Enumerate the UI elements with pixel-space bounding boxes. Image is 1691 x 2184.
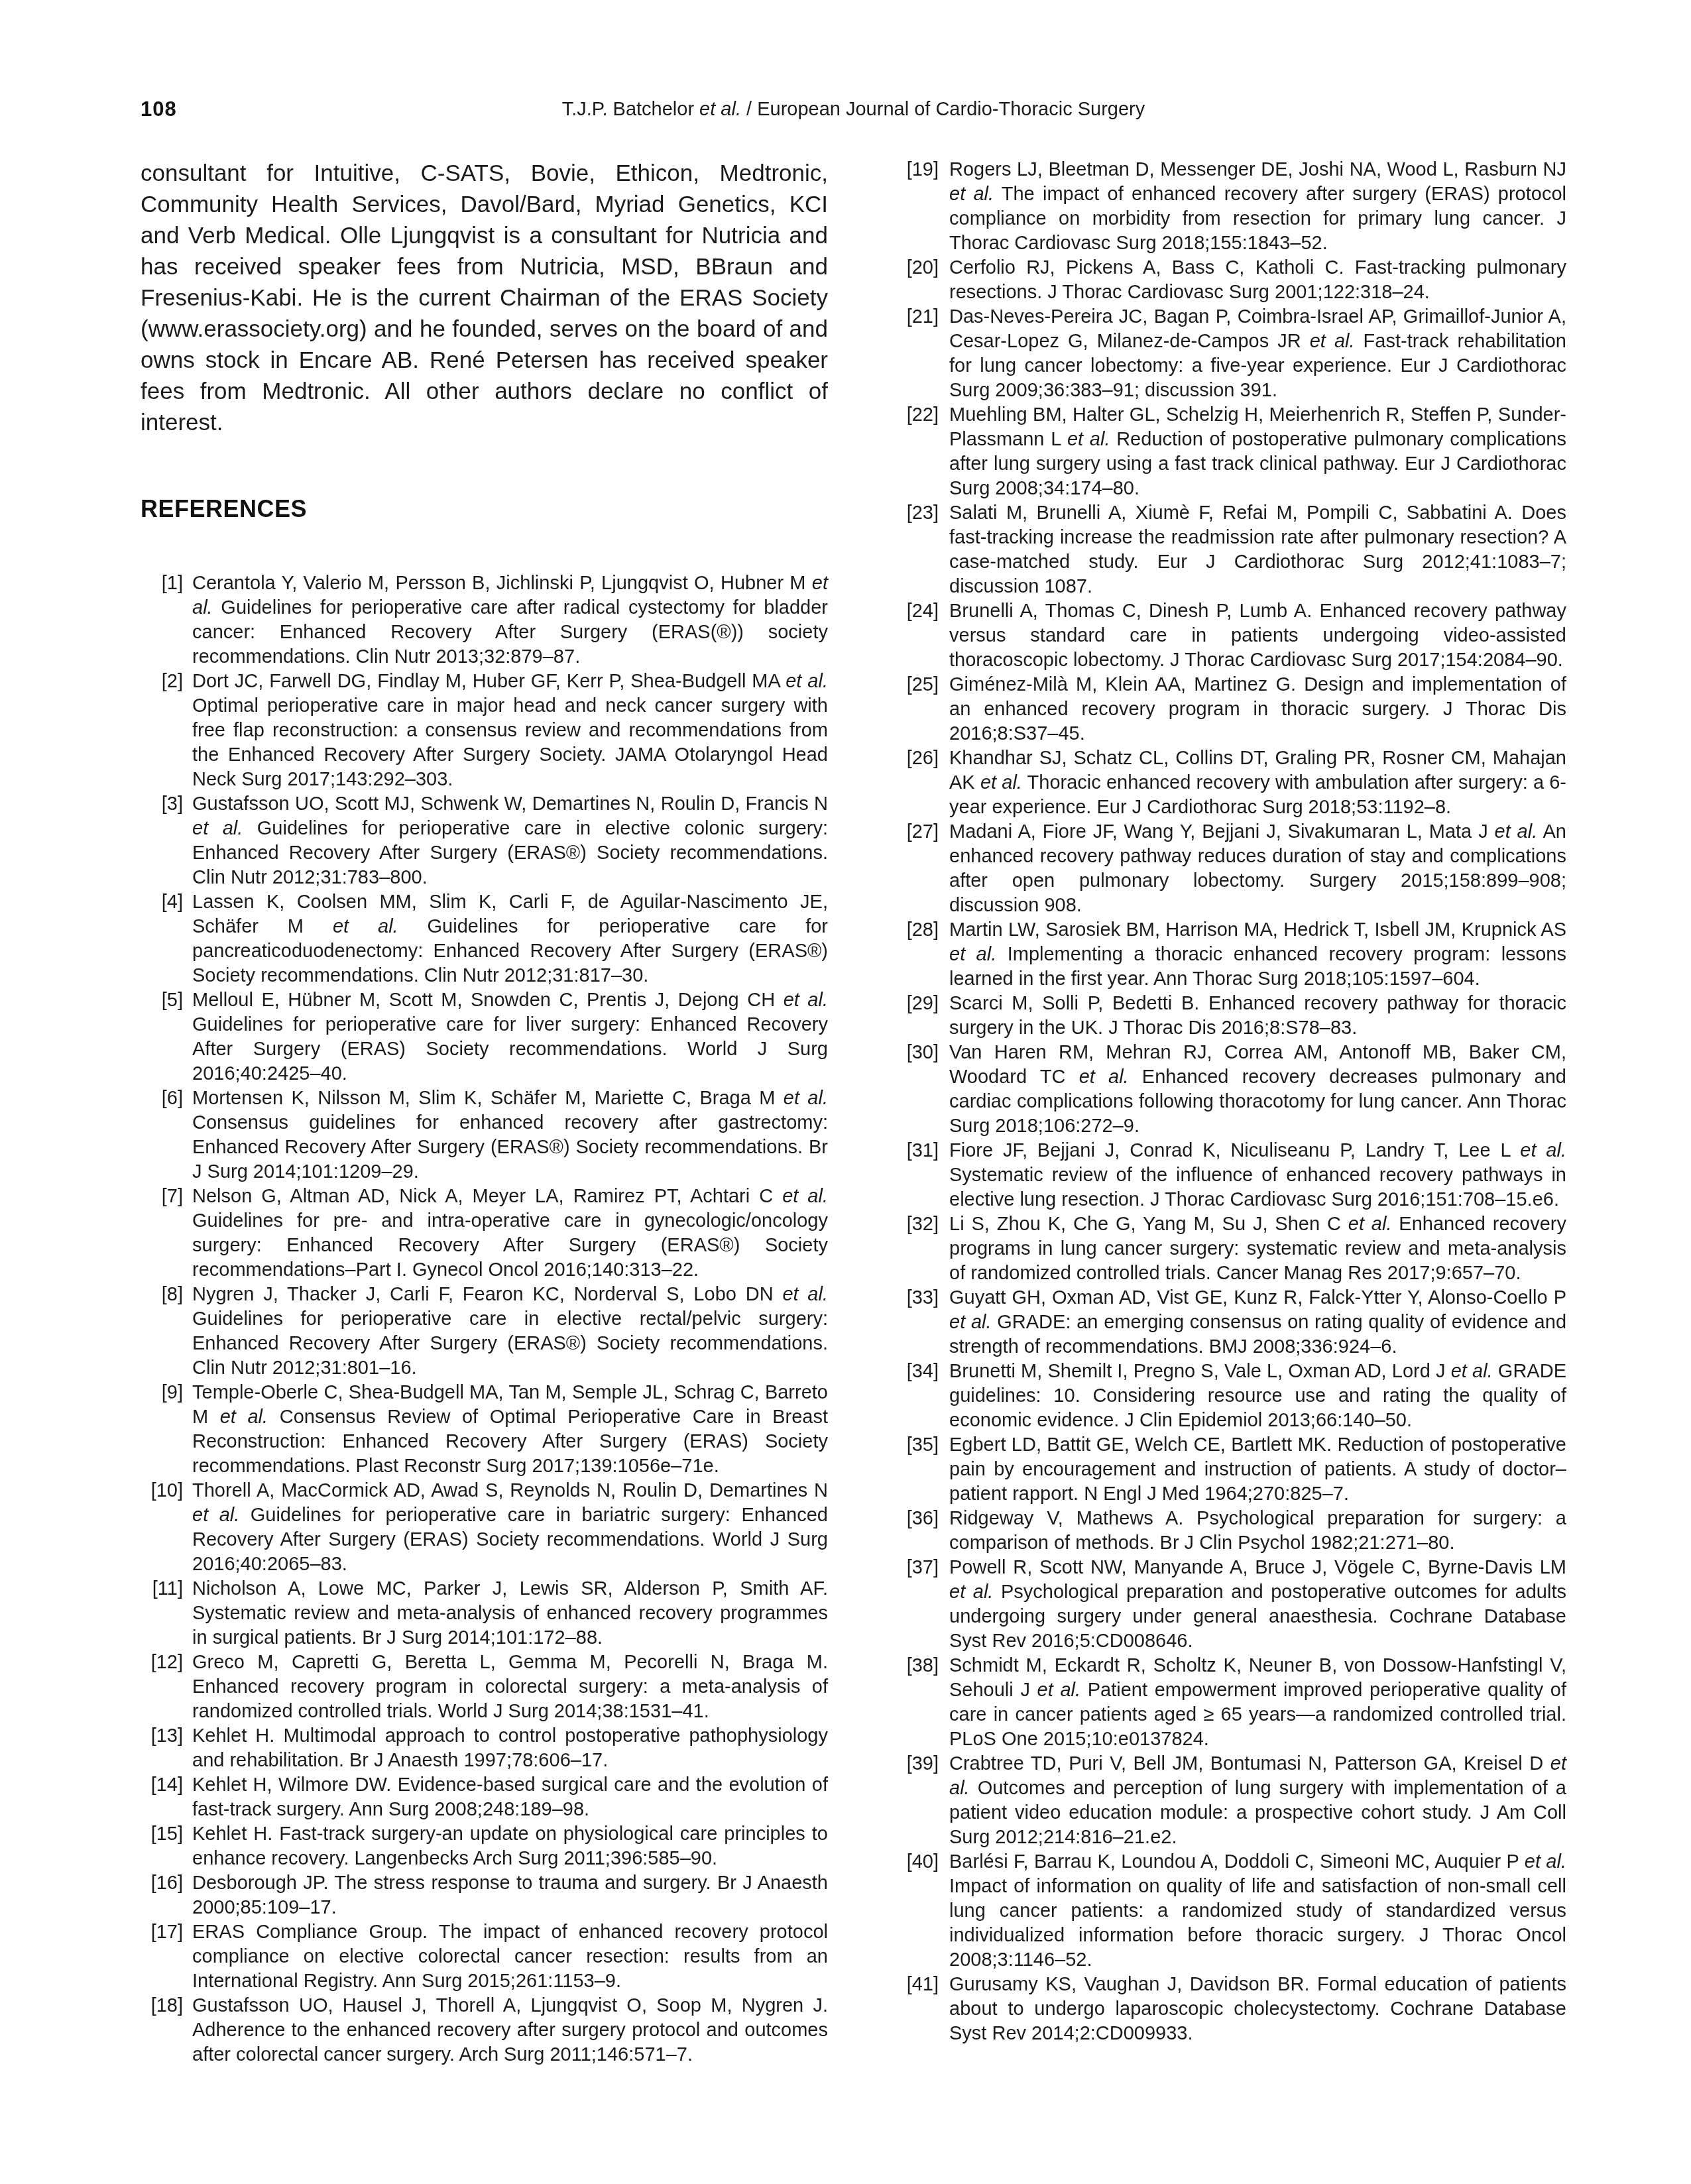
reference-item: [20]Cerfolio RJ, Pickens A, Bass C, Kath… bbox=[894, 256, 1566, 305]
reference-item: [22]Muehling BM, Halter GL, Schelzig H, … bbox=[894, 403, 1566, 501]
references-heading: REFERENCES bbox=[141, 495, 828, 523]
reference-number: [12] bbox=[141, 1650, 183, 1675]
reference-number: [24] bbox=[894, 599, 939, 624]
running-head: T.J.P. Batchelor et al. / European Journ… bbox=[562, 99, 1145, 120]
reference-text: Brunetti M, Shemilt I, Pregno S, Vale L,… bbox=[949, 1359, 1566, 1433]
reference-item: [29]Scarci M, Solli P, Bedetti B. Enhanc… bbox=[894, 992, 1566, 1041]
reference-text: Crabtree TD, Puri V, Bell JM, Bontumasi … bbox=[949, 1752, 1566, 1850]
reference-text: Greco M, Capretti G, Beretta L, Gemma M,… bbox=[192, 1650, 828, 1724]
reference-number: [41] bbox=[894, 1973, 939, 1997]
reference-text: Guyatt GH, Oxman AD, Vist GE, Kunz R, Fa… bbox=[949, 1286, 1566, 1359]
reference-text: Li S, Zhou K, Che G, Yang M, Su J, Shen … bbox=[949, 1212, 1566, 1286]
reference-number: [15] bbox=[141, 1822, 183, 1847]
reference-number: [33] bbox=[894, 1286, 939, 1310]
reference-list-right: [19]Rogers LJ, Bleetman D, Messenger DE,… bbox=[894, 158, 1566, 2046]
reference-text: Nygren J, Thacker J, Carli F, Fearon KC,… bbox=[192, 1283, 828, 1381]
reference-number: [35] bbox=[894, 1433, 939, 1458]
reference-list-left: [1]Cerantola Y, Valerio M, Persson B, Ji… bbox=[141, 571, 828, 2067]
reference-text: Gustafsson UO, Hausel J, Thorell A, Ljun… bbox=[192, 1994, 828, 2067]
reference-text: Salati M, Brunelli A, Xiumè F, Refai M, … bbox=[949, 501, 1566, 599]
reference-number: [3] bbox=[141, 792, 183, 817]
reference-item: [19]Rogers LJ, Bleetman D, Messenger DE,… bbox=[894, 158, 1566, 256]
reference-number: [7] bbox=[141, 1184, 183, 1209]
reference-text: Kehlet H. Fast-track surgery-an update o… bbox=[192, 1822, 828, 1871]
reference-text: Giménez-Milà M, Klein AA, Martinez G. De… bbox=[949, 673, 1566, 746]
reference-item: [35]Egbert LD, Battit GE, Welch CE, Bart… bbox=[894, 1433, 1566, 1507]
reference-number: [16] bbox=[141, 1871, 183, 1896]
conflict-of-interest-paragraph: consultant for Intuitive, C-SATS, Bovie,… bbox=[141, 158, 828, 438]
reference-number: [34] bbox=[894, 1359, 939, 1384]
reference-number: [20] bbox=[894, 256, 939, 280]
reference-item: [1]Cerantola Y, Valerio M, Persson B, Ji… bbox=[141, 571, 828, 669]
reference-number: [26] bbox=[894, 746, 939, 771]
reference-item: [32]Li S, Zhou K, Che G, Yang M, Su J, S… bbox=[894, 1212, 1566, 1286]
reference-item: [9]Temple-Oberle C, Shea-Budgell MA, Tan… bbox=[141, 1381, 828, 1479]
reference-number: [22] bbox=[894, 403, 939, 428]
reference-item: [16]Desborough JP. The stress response t… bbox=[141, 1871, 828, 1920]
reference-number: [28] bbox=[894, 918, 939, 943]
reference-text: Schmidt M, Eckardt R, Scholtz K, Neuner … bbox=[949, 1654, 1566, 1752]
reference-item: [36]Ridgeway V, Mathews A. Psychological… bbox=[894, 1507, 1566, 1556]
reference-text: Barlési F, Barrau K, Loundou A, Doddoli … bbox=[949, 1850, 1566, 1973]
right-column: [19]Rogers LJ, Bleetman D, Messenger DE,… bbox=[894, 158, 1566, 2046]
reference-text: Nicholson A, Lowe MC, Parker J, Lewis SR… bbox=[192, 1577, 828, 1650]
reference-number: [8] bbox=[141, 1283, 183, 1307]
reference-text: Melloul E, Hübner M, Scott M, Snowden C,… bbox=[192, 988, 828, 1086]
reference-number: [37] bbox=[894, 1556, 939, 1580]
reference-text: Brunelli A, Thomas C, Dinesh P, Lumb A. … bbox=[949, 599, 1566, 673]
reference-text: Khandhar SJ, Schatz CL, Collins DT, Gral… bbox=[949, 746, 1566, 820]
reference-text: ERAS Compliance Group. The impact of enh… bbox=[192, 1920, 828, 1994]
reference-number: [5] bbox=[141, 988, 183, 1013]
running-header: 108 T.J.P. Batchelor et al. / European J… bbox=[141, 98, 1566, 125]
reference-text: Madani A, Fiore JF, Wang Y, Bejjani J, S… bbox=[949, 820, 1566, 918]
reference-number: [38] bbox=[894, 1654, 939, 1678]
reference-item: [38]Schmidt M, Eckardt R, Scholtz K, Neu… bbox=[894, 1654, 1566, 1752]
reference-number: [13] bbox=[141, 1724, 183, 1749]
reference-number: [19] bbox=[894, 158, 939, 182]
reference-item: [31]Fiore JF, Bejjani J, Conrad K, Nicul… bbox=[894, 1139, 1566, 1212]
reference-item: [8]Nygren J, Thacker J, Carli F, Fearon … bbox=[141, 1283, 828, 1381]
reference-text: Kehlet H, Wilmore DW. Evidence-based sur… bbox=[192, 1773, 828, 1822]
reference-item: [14]Kehlet H, Wilmore DW. Evidence-based… bbox=[141, 1773, 828, 1822]
reference-item: [11]Nicholson A, Lowe MC, Parker J, Lewi… bbox=[141, 1577, 828, 1650]
reference-text: Rogers LJ, Bleetman D, Messenger DE, Jos… bbox=[949, 158, 1566, 256]
page-number: 108 bbox=[141, 98, 177, 121]
reference-text: Cerfolio RJ, Pickens A, Bass C, Katholi … bbox=[949, 256, 1566, 305]
left-column: consultant for Intuitive, C-SATS, Bovie,… bbox=[141, 158, 828, 2067]
reference-text: Scarci M, Solli P, Bedetti B. Enhanced r… bbox=[949, 992, 1566, 1041]
reference-number: [6] bbox=[141, 1086, 183, 1111]
reference-item: [27]Madani A, Fiore JF, Wang Y, Bejjani … bbox=[894, 820, 1566, 918]
reference-number: [31] bbox=[894, 1139, 939, 1163]
reference-text: Desborough JP. The stress response to tr… bbox=[192, 1871, 828, 1920]
reference-number: [25] bbox=[894, 673, 939, 697]
reference-text: Powell R, Scott NW, Manyande A, Bruce J,… bbox=[949, 1556, 1566, 1654]
reference-item: [5]Melloul E, Hübner M, Scott M, Snowden… bbox=[141, 988, 828, 1086]
reference-item: [17]ERAS Compliance Group. The impact of… bbox=[141, 1920, 828, 1994]
reference-number: [27] bbox=[894, 820, 939, 844]
reference-item: [12]Greco M, Capretti G, Beretta L, Gemm… bbox=[141, 1650, 828, 1724]
reference-text: Thorell A, MacCormick AD, Awad S, Reynol… bbox=[192, 1479, 828, 1577]
reference-text: Temple-Oberle C, Shea-Budgell MA, Tan M,… bbox=[192, 1381, 828, 1479]
reference-item: [15]Kehlet H. Fast-track surgery-an upda… bbox=[141, 1822, 828, 1871]
reference-number: [40] bbox=[894, 1850, 939, 1874]
reference-item: [13]Kehlet H. Multimodal approach to con… bbox=[141, 1724, 828, 1773]
reference-number: [23] bbox=[894, 501, 939, 526]
reference-number: [32] bbox=[894, 1212, 939, 1237]
reference-number: [1] bbox=[141, 571, 183, 596]
reference-item: [7]Nelson G, Altman AD, Nick A, Meyer LA… bbox=[141, 1184, 828, 1283]
reference-item: [41]Gurusamy KS, Vaughan J, Davidson BR.… bbox=[894, 1973, 1566, 2046]
reference-text: Kehlet H. Multimodal approach to control… bbox=[192, 1724, 828, 1773]
reference-text: Muehling BM, Halter GL, Schelzig H, Meie… bbox=[949, 403, 1566, 501]
reference-item: [30]Van Haren RM, Mehran RJ, Correa AM, … bbox=[894, 1041, 1566, 1139]
reference-item: [24]Brunelli A, Thomas C, Dinesh P, Lumb… bbox=[894, 599, 1566, 673]
reference-number: [14] bbox=[141, 1773, 183, 1798]
reference-item: [39]Crabtree TD, Puri V, Bell JM, Bontum… bbox=[894, 1752, 1566, 1850]
reference-item: [4]Lassen K, Coolsen MM, Slim K, Carli F… bbox=[141, 890, 828, 988]
journal-page: 108 T.J.P. Batchelor et al. / European J… bbox=[0, 0, 1691, 2184]
reference-item: [33]Guyatt GH, Oxman AD, Vist GE, Kunz R… bbox=[894, 1286, 1566, 1359]
reference-text: Egbert LD, Battit GE, Welch CE, Bartlett… bbox=[949, 1433, 1566, 1507]
reference-text: Nelson G, Altman AD, Nick A, Meyer LA, R… bbox=[192, 1184, 828, 1283]
reference-item: [40]Barlési F, Barrau K, Loundou A, Dodd… bbox=[894, 1850, 1566, 1973]
reference-text: Martin LW, Sarosiek BM, Harrison MA, Hed… bbox=[949, 918, 1566, 992]
reference-number: [10] bbox=[141, 1479, 183, 1503]
reference-item: [18]Gustafsson UO, Hausel J, Thorell A, … bbox=[141, 1994, 828, 2067]
reference-item: [3]Gustafsson UO, Scott MJ, Schwenk W, D… bbox=[141, 792, 828, 890]
reference-number: [9] bbox=[141, 1381, 183, 1405]
reference-text: Van Haren RM, Mehran RJ, Correa AM, Anto… bbox=[949, 1041, 1566, 1139]
reference-text: Dort JC, Farwell DG, Findlay M, Huber GF… bbox=[192, 669, 828, 792]
reference-number: [39] bbox=[894, 1752, 939, 1776]
reference-number: [18] bbox=[141, 1994, 183, 2018]
reference-text: Ridgeway V, Mathews A. Psychological pre… bbox=[949, 1507, 1566, 1556]
reference-item: [26]Khandhar SJ, Schatz CL, Collins DT, … bbox=[894, 746, 1566, 820]
reference-item: [25]Giménez-Milà M, Klein AA, Martinez G… bbox=[894, 673, 1566, 746]
reference-text: Fiore JF, Bejjani J, Conrad K, Niculisea… bbox=[949, 1139, 1566, 1212]
reference-item: [34]Brunetti M, Shemilt I, Pregno S, Val… bbox=[894, 1359, 1566, 1433]
reference-number: [30] bbox=[894, 1041, 939, 1065]
reference-number: [11] bbox=[141, 1577, 183, 1601]
reference-number: [17] bbox=[141, 1920, 183, 1945]
reference-text: Gurusamy KS, Vaughan J, Davidson BR. For… bbox=[949, 1973, 1566, 2046]
reference-number: [36] bbox=[894, 1507, 939, 1531]
reference-item: [2]Dort JC, Farwell DG, Findlay M, Huber… bbox=[141, 669, 828, 792]
reference-text: Gustafsson UO, Scott MJ, Schwenk W, Dema… bbox=[192, 792, 828, 890]
reference-item: [37]Powell R, Scott NW, Manyande A, Bruc… bbox=[894, 1556, 1566, 1654]
reference-number: [2] bbox=[141, 669, 183, 694]
reference-item: [6]Mortensen K, Nilsson M, Slim K, Schäf… bbox=[141, 1086, 828, 1184]
reference-item: [10]Thorell A, MacCormick AD, Awad S, Re… bbox=[141, 1479, 828, 1577]
reference-number: [29] bbox=[894, 992, 939, 1016]
reference-item: [23]Salati M, Brunelli A, Xiumè F, Refai… bbox=[894, 501, 1566, 599]
reference-number: [4] bbox=[141, 890, 183, 915]
reference-item: [28]Martin LW, Sarosiek BM, Harrison MA,… bbox=[894, 918, 1566, 992]
reference-text: Lassen K, Coolsen MM, Slim K, Carli F, d… bbox=[192, 890, 828, 988]
reference-number: [21] bbox=[894, 305, 939, 329]
reference-text: Cerantola Y, Valerio M, Persson B, Jichl… bbox=[192, 571, 828, 669]
reference-item: [21]Das-Neves-Pereira JC, Bagan P, Coimb… bbox=[894, 305, 1566, 403]
reference-text: Mortensen K, Nilsson M, Slim K, Schäfer … bbox=[192, 1086, 828, 1184]
reference-text: Das-Neves-Pereira JC, Bagan P, Coimbra-I… bbox=[949, 305, 1566, 403]
